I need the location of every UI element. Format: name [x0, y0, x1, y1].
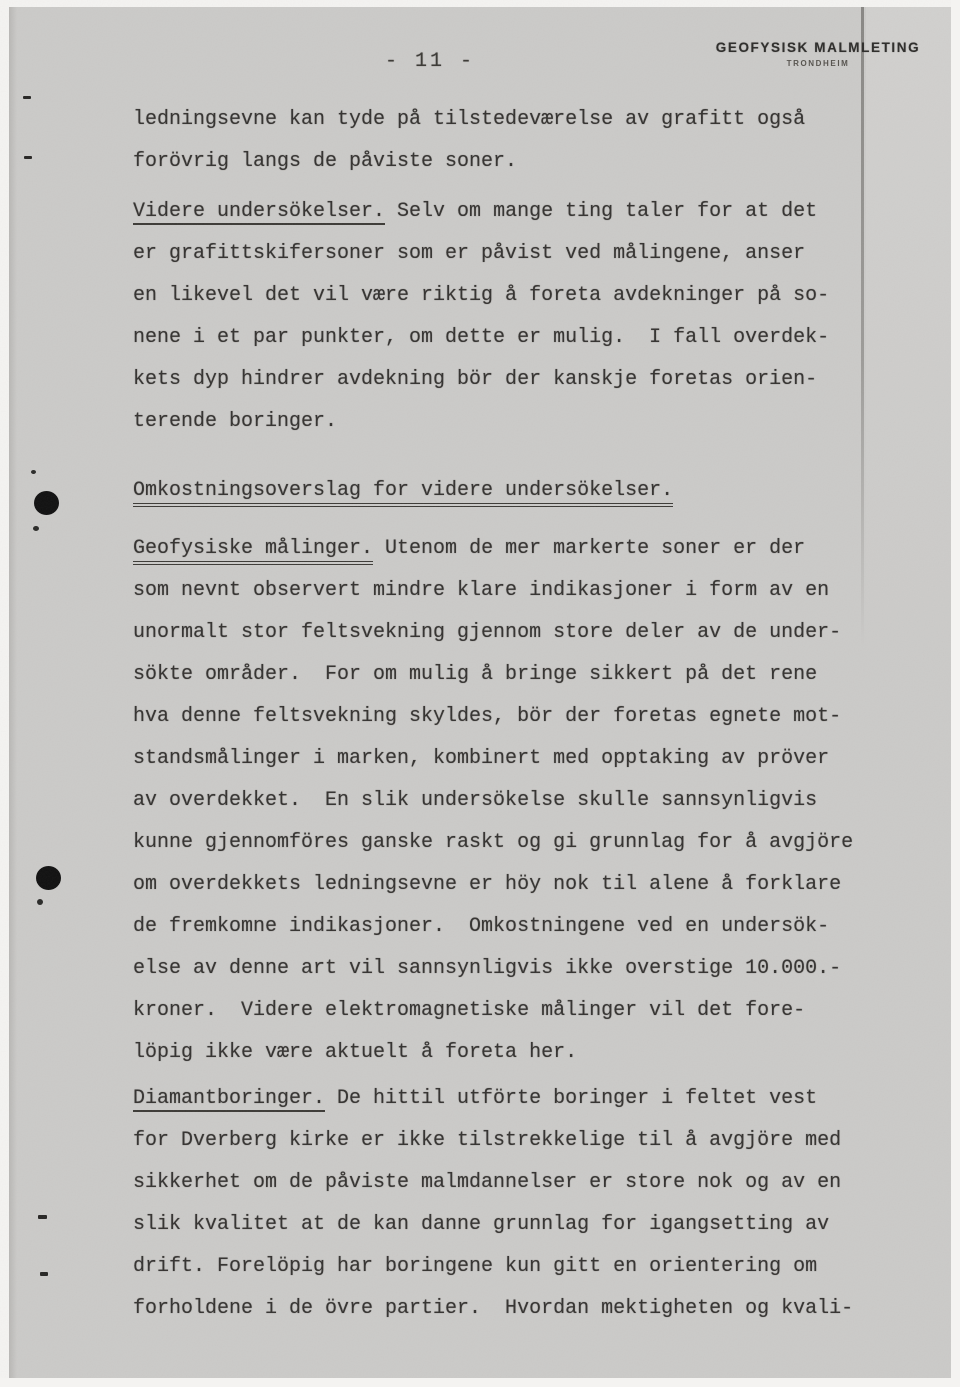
margin-dash [38, 1215, 47, 1219]
ink-speck [37, 899, 43, 905]
body-text: kets dyp hindrer avdekning bör der kansk… [133, 368, 817, 391]
text-line: kroner. Videre elektromagnetiske målinge… [133, 990, 873, 1032]
letterhead-location: TRONDHEIM [714, 59, 922, 68]
body-text: av overdekket. En slik undersökelse skul… [133, 789, 817, 812]
margin-dash [23, 96, 31, 99]
text-line: av overdekket. En slik undersökelse skul… [133, 780, 873, 822]
paper-edge-strip [866, 7, 951, 707]
body-text: om overdekkets ledningsevne er höy nok t… [133, 873, 841, 896]
body-text: sökte områder. For om mulig å bringe sik… [133, 663, 817, 686]
scan-edge-bottom [0, 1378, 960, 1387]
page-number: - 11 - [340, 50, 520, 73]
text-line: er grafittskifersoner som er påvist ved … [133, 233, 873, 275]
body-text: de fremkomne indikasjoner. Omkostningene… [133, 915, 829, 938]
text-line: forholdene i de övre partier. Hvordan me… [133, 1288, 873, 1330]
body-text: terende boringer. [133, 410, 337, 433]
section-heading-videre-undersokelser: Videre undersökelser. [133, 200, 385, 225]
letterhead: GEOFYSISK MALMLETING TRONDHEIM [714, 40, 922, 68]
text-line: kunne gjennomföres ganske raskt og gi gr… [133, 822, 873, 864]
body-text: en likevel det vil være riktig å foreta … [133, 284, 829, 307]
text-line: Videre undersökelser. Selv om mange ting… [133, 191, 873, 233]
body-text: for Dverberg kirke er ikke tilstrekkelig… [133, 1129, 841, 1152]
text-line: sökte områder. For om mulig å bringe sik… [133, 654, 873, 696]
intro-line-2: forövrig langs de påviste soner. [133, 150, 517, 173]
text-line: for Dverberg kirke er ikke tilstrekkelig… [133, 1120, 873, 1162]
ink-speck [33, 526, 39, 531]
hole-punch-ink-dot [36, 866, 61, 890]
letterhead-organization: GEOFYSISK MALMLETING [714, 40, 922, 55]
text-line: kets dyp hindrer avdekning bör der kansk… [133, 359, 873, 401]
text-line: terende boringer. [133, 401, 873, 443]
body-text: som nevnt observert mindre klare indikas… [133, 579, 829, 602]
margin-dash [24, 156, 32, 159]
body-text: kunne gjennomföres ganske raskt og gi gr… [133, 831, 853, 854]
text-line: om overdekkets ledningsevne er höy nok t… [133, 864, 873, 906]
text-line: som nevnt observert mindre klare indikas… [133, 570, 873, 612]
text-line: ledningsevne kan tyde på tilstedeværelse… [133, 99, 873, 141]
margin-dash [40, 1272, 48, 1276]
body-text: löpig ikke være aktuelt å foreta her. [133, 1041, 577, 1064]
text-line: hva denne feltsvekning skyldes, bör der … [133, 696, 873, 738]
text-line: de fremkomne indikasjoner. Omkostningene… [133, 906, 873, 948]
body-text: sikkerhet om de påviste malmdannelser er… [133, 1171, 841, 1194]
ink-speck [31, 470, 36, 474]
body-text: standsmålinger i marken, kombinert med o… [133, 747, 829, 770]
paper-edge-shadow [9, 7, 17, 1378]
intro-line-1: ledningsevne kan tyde på tilstedeværelse… [133, 108, 805, 131]
body-text: forholdene i de övre partier. Hvordan me… [133, 1297, 853, 1320]
body-text: else av denne art vil sannsynligvis ikke… [133, 957, 841, 980]
scan-edge-left [0, 0, 9, 1387]
text-line: nene i et par punkter, om dette er mulig… [133, 317, 873, 359]
section-heading-geofysiske-malinger: Geofysiske målinger. [133, 537, 373, 565]
heading-run-in-text: De hittil utförte boringer i feltet vest [325, 1087, 817, 1110]
text-line: else av denne art vil sannsynligvis ikke… [133, 948, 873, 990]
text-line: unormalt stor feltsvekning gjennom store… [133, 612, 873, 654]
section-heading-diamantboringer: Diamantboringer. [133, 1087, 325, 1112]
text-line: sikkerhet om de påviste malmdannelser er… [133, 1162, 873, 1204]
scan-edge-right [951, 0, 960, 1387]
hole-punch-ink-dot [34, 491, 59, 515]
body-text: drift. Forelöpig har boringene kun gitt … [133, 1255, 817, 1278]
section-heading-omkostningsoverslag: Omkostningsoverslag for videre undersöke… [133, 479, 673, 507]
text-line: drift. Forelöpig har boringene kun gitt … [133, 1246, 873, 1288]
body-text: slik kvalitet at de kan danne grunnlag f… [133, 1213, 829, 1236]
body-text: nene i et par punkter, om dette er mulig… [133, 326, 829, 349]
text-line: en likevel det vil være riktig å foreta … [133, 275, 873, 317]
text-line: slik kvalitet at de kan danne grunnlag f… [133, 1204, 873, 1246]
scan-edge-top [0, 0, 960, 7]
body-text: er grafittskifersoner som er påvist ved … [133, 242, 805, 265]
text-line: Geofysiske målinger. Utenom de mer marke… [133, 528, 873, 570]
text-line: standsmålinger i marken, kombinert med o… [133, 738, 873, 780]
text-line: löpig ikke være aktuelt å foreta her. [133, 1032, 873, 1074]
document-body: ledningsevne kan tyde på tilstedeværelse… [133, 99, 873, 1330]
heading-run-in-text: Utenom de mer markerte soner er der [373, 537, 805, 560]
body-text: kroner. Videre elektromagnetiske målinge… [133, 999, 805, 1022]
body-text: unormalt stor feltsvekning gjennom store… [133, 621, 841, 644]
heading-run-in-text: Selv om mange ting taler for at det [385, 200, 817, 223]
scanned-document-page: { "page": { "number": "- 11 -", "letterh… [0, 0, 960, 1387]
body-text: hva denne feltsvekning skyldes, bör der … [133, 705, 841, 728]
text-line: Diamantboringer. De hittil utförte borin… [133, 1078, 873, 1120]
text-line: Omkostningsoverslag for videre undersöke… [133, 470, 873, 512]
text-line: forövrig langs de påviste soner. [133, 141, 873, 183]
